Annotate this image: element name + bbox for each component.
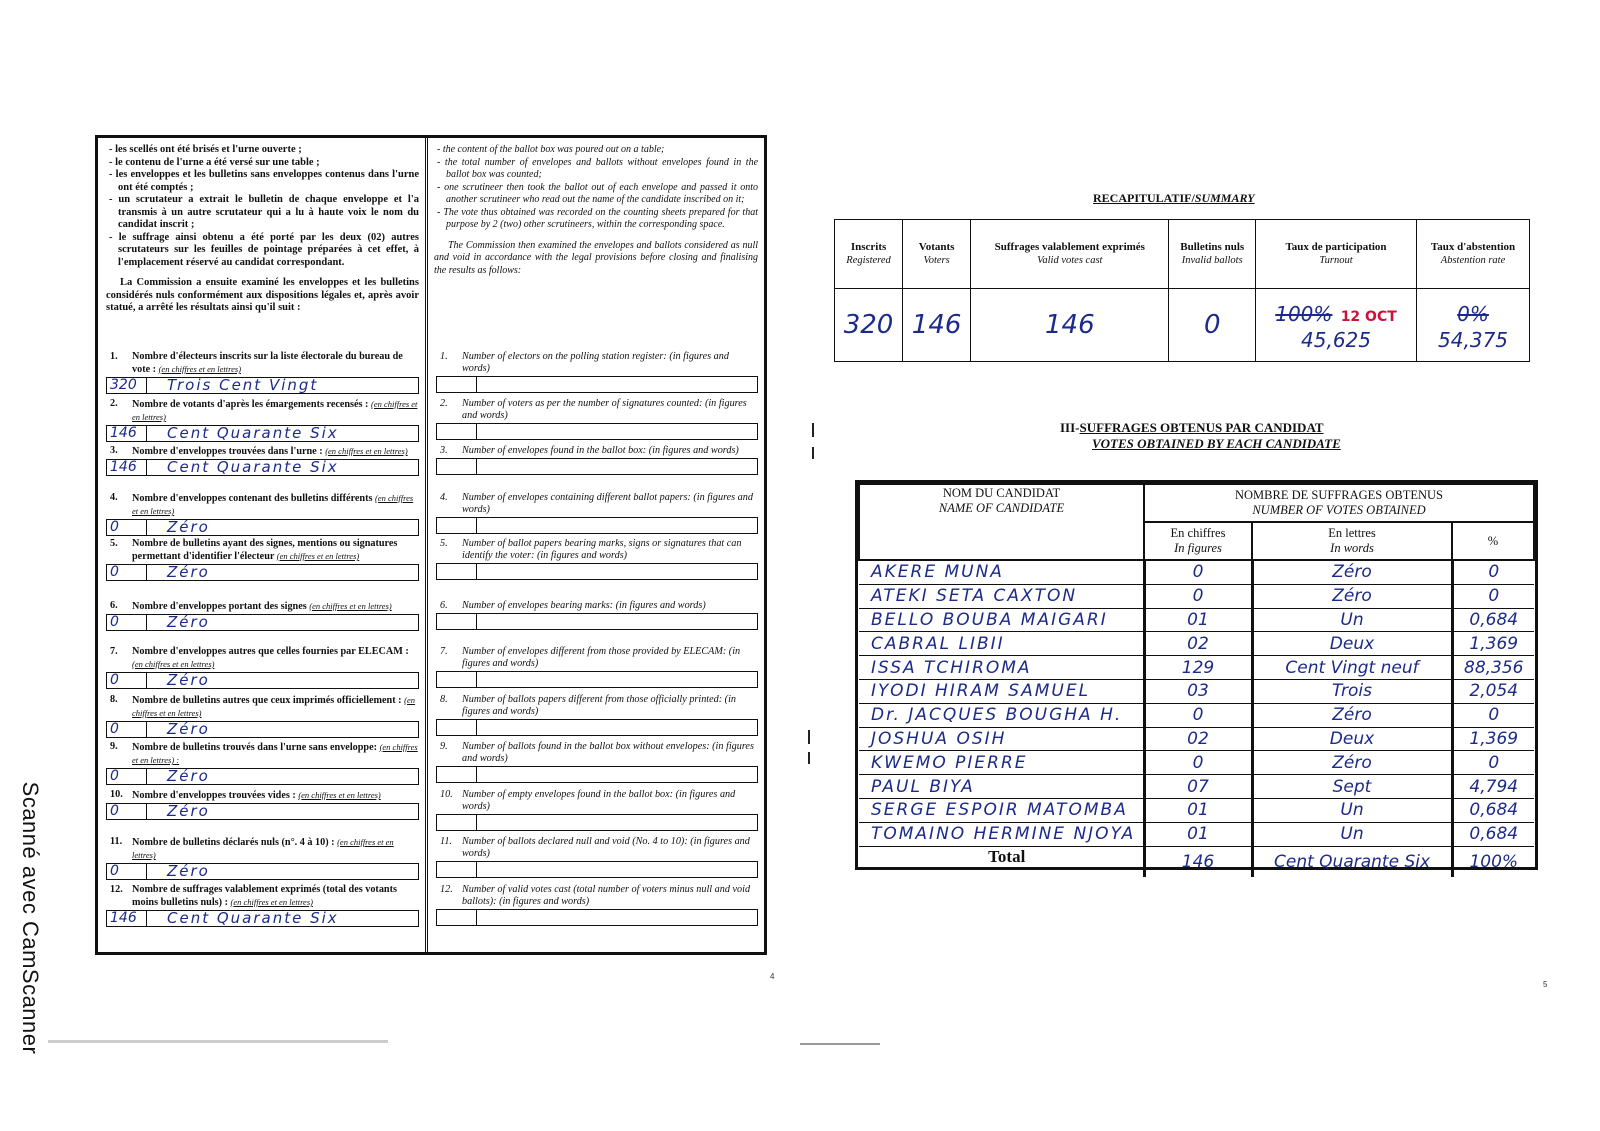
item-number: 3. bbox=[440, 445, 448, 457]
item-label: 9.Number of ballots found in the ballot … bbox=[436, 741, 758, 765]
item-label: 10.Nombre d'enveloppes trouvées vides : … bbox=[106, 789, 419, 802]
candidate-row: PAUL BIYA07Sept4,794 bbox=[859, 775, 1534, 799]
item-text: Number of ballots declared null and void… bbox=[462, 836, 750, 859]
answer-figures: 0 bbox=[107, 673, 147, 688]
scan-mark bbox=[812, 447, 814, 459]
answer-figures bbox=[437, 910, 477, 925]
candidate-name: ATEKI SETA CAXTON bbox=[859, 584, 1144, 608]
candidate-votes-percent: 0 bbox=[1452, 584, 1534, 608]
item-answer-field[interactable] bbox=[436, 423, 758, 440]
item-number: 1. bbox=[110, 351, 118, 363]
en-paragraph: The Commission then examined the envelop… bbox=[434, 240, 758, 278]
scan-mark bbox=[808, 752, 810, 764]
answer-figures: 0 bbox=[107, 804, 147, 819]
candidate-name: BELLO BOUBA MAIGARI bbox=[859, 608, 1144, 632]
candidate-votes-percent: 88,356 bbox=[1452, 656, 1534, 680]
fr-bullet: un scrutateur a extrait le bulletin de c… bbox=[106, 194, 419, 232]
camscanner-watermark: Scanné avec CamScanner bbox=[17, 748, 43, 1088]
item-answer-field[interactable] bbox=[436, 613, 758, 630]
total-figures: 146 bbox=[1144, 846, 1252, 877]
en-item-12: 12.Number of valid votes cast (total num… bbox=[436, 884, 758, 926]
item-answer-field[interactable]: 0Zéro bbox=[106, 672, 419, 689]
item-label: 12.Number of valid votes cast (total num… bbox=[436, 884, 758, 908]
item-label: 5.Nombre de bulletins ayant des signes, … bbox=[106, 538, 419, 563]
abstention-struck: 0% bbox=[1457, 302, 1489, 326]
candidate-votes-percent: 0 bbox=[1452, 703, 1534, 727]
candidate-votes-figures: 01 bbox=[1144, 608, 1252, 632]
en-item-2: 2.Number of voters as per the number of … bbox=[436, 398, 758, 440]
candidate-votes-words: Cent Vingt neuf bbox=[1252, 656, 1452, 680]
answer-words: Cent Quarante Six bbox=[147, 912, 339, 925]
candidate-votes-figures: 0 bbox=[1144, 560, 1252, 584]
item-label: 2.Nombre de votants d'après les émargeme… bbox=[106, 398, 419, 424]
candidate-row: SERGE ESPOIR MATOMBA01Un0,684 bbox=[859, 798, 1534, 822]
candidate-votes-figures: 07 bbox=[1144, 775, 1252, 799]
fr-item-9: 9.Nombre de bulletins trouvés dans l'urn… bbox=[106, 741, 419, 785]
item-answer-field[interactable]: 146Cent Quarante Six bbox=[106, 459, 419, 476]
candidates-body: AKERE MUNA0Zéro0ATEKI SETA CAXTON0Zéro0B… bbox=[859, 560, 1534, 877]
item-text: Nombre de votants d'après les émargement… bbox=[132, 399, 368, 410]
item-text: Number of envelopes found in the ballot … bbox=[462, 445, 739, 456]
answer-words: Zéro bbox=[147, 805, 210, 818]
total-label: Total bbox=[859, 846, 1144, 877]
turnout-corrected: 45,625 bbox=[1257, 328, 1415, 352]
item-label: 1.Number of electors on the polling stat… bbox=[436, 351, 758, 375]
fr-item-1: 1.Nombre d'électeurs inscrits sur la lis… bbox=[106, 351, 419, 394]
item-answer-field[interactable]: 0Zéro bbox=[106, 768, 419, 785]
header-turnout: Taux de participationTurnout bbox=[1255, 220, 1416, 289]
answer-figures: 0 bbox=[107, 769, 147, 784]
item-hint: (en chiffres et en lettres) bbox=[132, 659, 214, 669]
header-valid-votes: Suffrages valablement exprimésValid vote… bbox=[971, 220, 1169, 289]
answer-words: Zéro bbox=[147, 521, 210, 534]
scan-mark bbox=[808, 730, 810, 744]
candidate-votes-words: Deux bbox=[1252, 632, 1452, 656]
item-number: 9. bbox=[110, 741, 118, 753]
item-label: 4.Number of envelopes containing differe… bbox=[436, 492, 758, 516]
candidate-votes-words: Zéro bbox=[1252, 560, 1452, 584]
fr-item-4: 4.Nombre d'enveloppes contenant des bull… bbox=[106, 492, 419, 536]
item-hint: (en chiffres et en lettres) bbox=[277, 551, 359, 561]
item-label: 7.Nombre d'enveloppes autres que celles … bbox=[106, 646, 419, 671]
candidate-row: TOMAINO HERMINE NJOYA01Un0,684 bbox=[859, 822, 1534, 846]
en-item-4: 4.Number of envelopes containing differe… bbox=[436, 492, 758, 534]
item-label: 8.Number of ballots papers different fro… bbox=[436, 694, 758, 718]
candidate-name: SERGE ESPOIR MATOMBA bbox=[859, 798, 1144, 822]
item-text: Number of envelopes different from those… bbox=[462, 646, 740, 669]
answer-figures: 0 bbox=[107, 565, 147, 580]
answer-figures bbox=[437, 815, 477, 830]
item-label: 11.Number of ballots declared null and v… bbox=[436, 836, 758, 860]
scan-edge bbox=[48, 1040, 388, 1043]
item-number: 10. bbox=[440, 789, 453, 801]
item-text: Nombre d'enveloppes trouvées vides : bbox=[132, 790, 296, 801]
item-text: Number of empty envelopes found in the b… bbox=[462, 789, 735, 812]
item-number: 5. bbox=[110, 538, 118, 550]
answer-figures bbox=[437, 767, 477, 782]
summary-title: RECAPITULATIF/SUMMARY bbox=[1093, 191, 1255, 206]
summary-table: InscritsRegistered VotantsVoters Suffrag… bbox=[834, 219, 1530, 362]
value-registered: 320 bbox=[835, 289, 903, 362]
candidate-name: ISSA TCHIROMA bbox=[859, 656, 1144, 680]
candidate-row: BELLO BOUBA MAIGARI01Un0,684 bbox=[859, 608, 1534, 632]
value-invalid-ballots: 0 bbox=[1169, 289, 1256, 362]
item-answer-field[interactable] bbox=[436, 458, 758, 475]
fr-item-3: 3.Nombre d'enveloppes trouvées dans l'ur… bbox=[106, 445, 419, 476]
answer-figures bbox=[437, 564, 477, 579]
answer-words: Cent Quarante Six bbox=[147, 461, 339, 474]
value-valid-votes: 146 bbox=[971, 289, 1169, 362]
answer-words: Zéro bbox=[147, 566, 210, 579]
item-hint: (en chiffres et en lettres) bbox=[325, 446, 407, 456]
fr-procedure-list: les scellés ont été brisés et l'urne ouv… bbox=[106, 144, 419, 269]
item-text: Number of ballots papers different from … bbox=[462, 694, 736, 717]
scan-edge bbox=[800, 1043, 880, 1045]
candidate-votes-percent: 0,684 bbox=[1452, 608, 1534, 632]
fr-bullet: le suffrage ainsi obtenu a été porté par… bbox=[106, 232, 419, 270]
item-answer-field[interactable]: 146Cent Quarante Six bbox=[106, 425, 419, 442]
item-number: 4. bbox=[110, 492, 118, 504]
item-answer-field[interactable] bbox=[436, 671, 758, 688]
header-words: En lettresIn words bbox=[1252, 522, 1452, 560]
candidate-votes-words: Trois bbox=[1252, 679, 1452, 703]
candidate-votes-percent: 1,369 bbox=[1452, 727, 1534, 751]
item-number: 4. bbox=[440, 492, 448, 504]
item-number: 7. bbox=[110, 646, 118, 658]
candidate-name: IYODI HIRAM SAMUEL bbox=[859, 679, 1144, 703]
item-text: Number of ballot papers bearing marks, s… bbox=[462, 538, 742, 561]
item-text: Nombre de bulletins trouvés dans l'urne … bbox=[132, 742, 377, 753]
en-bullet: one scrutineer then took the ballot out … bbox=[434, 182, 758, 207]
item-answer-field[interactable]: 320Trois Cent Vingt bbox=[106, 377, 419, 394]
fr-item-6: 6.Nombre d'enveloppes portant des signes… bbox=[106, 600, 419, 631]
candidate-votes-percent: 0,684 bbox=[1452, 822, 1534, 846]
item-number: 11. bbox=[440, 836, 452, 848]
item-text: Number of valid votes cast (total number… bbox=[462, 884, 750, 907]
item-number: 2. bbox=[440, 398, 448, 410]
en-bullet: The vote thus obtained was recorded on t… bbox=[434, 207, 758, 232]
item-number: 8. bbox=[110, 694, 118, 706]
fr-item-2: 2.Nombre de votants d'après les émargeme… bbox=[106, 398, 419, 442]
item-answer-field[interactable] bbox=[436, 909, 758, 926]
item-label: 9.Nombre de bulletins trouvés dans l'urn… bbox=[106, 741, 419, 767]
en-item-3: 3.Number of envelopes found in the ballo… bbox=[436, 445, 758, 475]
answer-words: Zéro bbox=[147, 723, 210, 736]
item-number: 2. bbox=[110, 398, 118, 410]
item-text: Number of envelopes containing different… bbox=[462, 492, 753, 515]
fr-paragraph: La Commission a ensuite examiné les enve… bbox=[106, 277, 419, 315]
candidates-title: III-SUFFRAGES OBTENUS PAR CANDIDAT VOTES… bbox=[1060, 420, 1341, 452]
header-percent: % bbox=[1452, 522, 1534, 560]
fr-item-12: 12.Nombre de suffrages valablement expri… bbox=[106, 884, 419, 927]
item-number: 8. bbox=[440, 694, 448, 706]
item-number: 11. bbox=[110, 836, 122, 848]
candidate-votes-percent: 1,369 bbox=[1452, 632, 1534, 656]
item-label: 6.Number of envelopes bearing marks: (in… bbox=[436, 600, 758, 612]
fr-item-5: 5.Nombre de bulletins ayant des signes, … bbox=[106, 538, 419, 581]
header-votes-obtained: NOMBRE DE SUFFRAGES OBTENUSNUMBER OF VOT… bbox=[1144, 484, 1534, 522]
candidate-row: AKERE MUNA0Zéro0 bbox=[859, 560, 1534, 584]
item-label: 10.Number of empty envelopes found in th… bbox=[436, 789, 758, 813]
candidate-votes-words: Un bbox=[1252, 822, 1452, 846]
en-item-6: 6.Number of envelopes bearing marks: (in… bbox=[436, 600, 758, 630]
candidate-row: CABRAL LIBII02Deux1,369 bbox=[859, 632, 1534, 656]
en-item-11: 11.Number of ballots declared null and v… bbox=[436, 836, 758, 878]
candidate-votes-figures: 129 bbox=[1144, 656, 1252, 680]
item-number: 9. bbox=[440, 741, 448, 753]
candidate-row: Dr. JACQUES BOUGHA H.0Zéro0 bbox=[859, 703, 1534, 727]
candidate-row: IYODI HIRAM SAMUEL03Trois2,054 bbox=[859, 679, 1534, 703]
answer-figures: 320 bbox=[107, 378, 147, 393]
item-number: 1. bbox=[440, 351, 448, 363]
fr-item-10: 10.Nombre d'enveloppes trouvées vides : … bbox=[106, 789, 419, 820]
answer-figures: 0 bbox=[107, 615, 147, 630]
en-item-7: 7.Number of envelopes different from tho… bbox=[436, 646, 758, 688]
item-hint: (en chiffres et en lettres) bbox=[298, 790, 380, 800]
candidate-votes-figures: 01 bbox=[1144, 822, 1252, 846]
candidate-name: Dr. JACQUES BOUGHA H. bbox=[859, 703, 1144, 727]
item-number: 10. bbox=[110, 789, 123, 801]
en-item-10: 10.Number of empty envelopes found in th… bbox=[436, 789, 758, 831]
candidate-votes-percent: 0 bbox=[1452, 560, 1534, 584]
candidate-votes-figures: 0 bbox=[1144, 751, 1252, 775]
candidate-row: JOSHUA OSIH02Deux1,369 bbox=[859, 727, 1534, 751]
item-answer-field[interactable]: 0Zéro bbox=[106, 863, 419, 880]
count-procedure-form: les scellés ont été brisés et l'urne ouv… bbox=[95, 135, 767, 955]
header-figures: En chiffresIn figures bbox=[1144, 522, 1252, 560]
item-number: 5. bbox=[440, 538, 448, 550]
item-text: Nombre d'enveloppes trouvées dans l'urne… bbox=[132, 446, 323, 457]
item-answer-field[interactable]: 0Zéro bbox=[106, 519, 419, 536]
en-item-5: 5.Number of ballot papers bearing marks,… bbox=[436, 538, 758, 580]
value-turnout: 100% 12 OCT 45,625 bbox=[1255, 289, 1416, 362]
answer-figures bbox=[437, 720, 477, 735]
item-label: 5.Number of ballot papers bearing marks,… bbox=[436, 538, 758, 562]
item-answer-field[interactable]: 0Zéro bbox=[106, 803, 419, 820]
candidates-table: NOM DU CANDIDATNAME OF CANDIDATE NOMBRE … bbox=[858, 483, 1535, 877]
candidate-name: PAUL BIYA bbox=[859, 775, 1144, 799]
item-label: 4.Nombre d'enveloppes contenant des bull… bbox=[106, 492, 419, 518]
item-text: Nombre d'enveloppes autres que celles fo… bbox=[132, 646, 409, 657]
candidate-votes-words: Zéro bbox=[1252, 703, 1452, 727]
candidate-votes-percent: 2,054 bbox=[1452, 679, 1534, 703]
answer-figures: 146 bbox=[107, 911, 147, 926]
item-answer-field[interactable]: 0Zéro bbox=[106, 564, 419, 581]
item-label: 11.Nombre de bulletins déclarés nuls (n°… bbox=[106, 836, 419, 862]
en-bullet: the content of the ballot box was poured… bbox=[434, 144, 758, 157]
page-number-left: 4 bbox=[770, 972, 774, 981]
item-answer-field[interactable] bbox=[436, 861, 758, 878]
turnout-struck: 100% bbox=[1275, 302, 1332, 326]
header-voters: VotantsVoters bbox=[903, 220, 971, 289]
item-label: 1.Nombre d'électeurs inscrits sur la lis… bbox=[106, 351, 419, 376]
answer-figures bbox=[437, 862, 477, 877]
answer-figures: 0 bbox=[107, 864, 147, 879]
item-text: Number of envelopes bearing marks: (in f… bbox=[462, 600, 706, 611]
answer-figures: 0 bbox=[107, 520, 147, 535]
answer-figures: 0 bbox=[107, 722, 147, 737]
answer-words: Cent Quarante Six bbox=[147, 427, 339, 440]
item-label: 3.Number of envelopes found in the ballo… bbox=[436, 445, 758, 457]
header-abstention: Taux d'abstentionAbstention rate bbox=[1417, 220, 1530, 289]
candidate-name: KWEMO PIERRE bbox=[859, 751, 1144, 775]
candidate-votes-figures: 02 bbox=[1144, 632, 1252, 656]
french-column: les scellés ont été brisés et l'urne ouv… bbox=[98, 138, 428, 952]
item-number: 3. bbox=[110, 445, 118, 457]
answer-figures: 146 bbox=[107, 426, 147, 441]
candidate-votes-figures: 03 bbox=[1144, 679, 1252, 703]
item-text: Number of ballots found in the ballot bo… bbox=[462, 741, 754, 764]
candidate-row: ATEKI SETA CAXTON0Zéro0 bbox=[859, 584, 1534, 608]
header-registered: InscritsRegistered bbox=[835, 220, 903, 289]
candidate-name: CABRAL LIBII bbox=[859, 632, 1144, 656]
fr-item-11: 11.Nombre de bulletins déclarés nuls (n°… bbox=[106, 836, 419, 880]
value-abstention: 0% 54,375 bbox=[1417, 289, 1530, 362]
item-hint: (en chiffres et en lettres) bbox=[231, 897, 313, 907]
total-row: Total146Cent Quarante Six100% bbox=[859, 846, 1534, 877]
item-label: 8.Nombre de bulletins autres que ceux im… bbox=[106, 694, 419, 720]
answer-figures bbox=[437, 614, 477, 629]
item-text: Nombre de bulletins autres que ceux impr… bbox=[132, 695, 402, 706]
candidate-name: JOSHUA OSIH bbox=[859, 727, 1144, 751]
item-text: Number of electors on the polling statio… bbox=[462, 351, 729, 374]
item-number: 12. bbox=[440, 884, 453, 896]
answer-figures bbox=[437, 424, 477, 439]
answer-words: Zéro bbox=[147, 865, 210, 878]
date-stamp: 12 OCT bbox=[1341, 309, 1397, 325]
answer-figures: 146 bbox=[107, 460, 147, 475]
en-procedure-list: the content of the ballot box was poured… bbox=[434, 144, 758, 232]
candidate-row: KWEMO PIERRE0Zéro0 bbox=[859, 751, 1534, 775]
fr-bullet: les enveloppes et les bulletins sans env… bbox=[106, 169, 419, 194]
item-text: Number of voters as per the number of si… bbox=[462, 398, 747, 421]
item-answer-field[interactable] bbox=[436, 517, 758, 534]
candidate-name: TOMAINO HERMINE NJOYA bbox=[859, 822, 1144, 846]
total-percent: 100% bbox=[1452, 846, 1534, 877]
fr-bullet: le contenu de l'urne a été versé sur une… bbox=[106, 157, 419, 170]
answer-figures bbox=[437, 672, 477, 687]
en-item-9: 9.Number of ballots found in the ballot … bbox=[436, 741, 758, 783]
item-answer-field[interactable] bbox=[436, 376, 758, 393]
answer-figures bbox=[437, 518, 477, 533]
candidate-votes-figures: 0 bbox=[1144, 703, 1252, 727]
candidate-votes-figures: 0 bbox=[1144, 584, 1252, 608]
item-answer-field[interactable] bbox=[436, 563, 758, 580]
item-number: 7. bbox=[440, 646, 448, 658]
candidate-row: ISSA TCHIROMA129Cent Vingt neuf88,356 bbox=[859, 656, 1534, 680]
en-item-1: 1.Number of electors on the polling stat… bbox=[436, 351, 758, 393]
scan-mark bbox=[812, 423, 814, 437]
value-voters: 146 bbox=[903, 289, 971, 362]
item-answer-field[interactable] bbox=[436, 814, 758, 831]
candidate-votes-figures: 02 bbox=[1144, 727, 1252, 751]
item-label: 2.Number of voters as per the number of … bbox=[436, 398, 758, 422]
page-number-right: 5 bbox=[1543, 980, 1547, 989]
item-answer-field[interactable]: 0Zéro bbox=[106, 721, 419, 738]
en-item-8: 8.Number of ballots papers different fro… bbox=[436, 694, 758, 736]
answer-words: Zéro bbox=[147, 616, 210, 629]
english-column: the content of the ballot box was poured… bbox=[428, 138, 764, 952]
candidate-votes-percent: 4,794 bbox=[1452, 775, 1534, 799]
candidate-votes-percent: 0,684 bbox=[1452, 798, 1534, 822]
item-answer-field[interactable] bbox=[436, 719, 758, 736]
header-candidate-name: NOM DU CANDIDATNAME OF CANDIDATE bbox=[859, 484, 1144, 560]
candidates-table-frame: NOM DU CANDIDATNAME OF CANDIDATE NOMBRE … bbox=[855, 480, 1538, 870]
answer-figures bbox=[437, 377, 477, 392]
item-text: Nombre d'enveloppes contenant des bullet… bbox=[132, 493, 372, 504]
item-number: 6. bbox=[440, 600, 448, 612]
en-bullet: the total number of envelopes and ballot… bbox=[434, 157, 758, 182]
item-hint: (en chiffres et en lettres) bbox=[309, 601, 391, 611]
fr-bullet: les scellés ont été brisés et l'urne ouv… bbox=[106, 144, 419, 157]
candidate-votes-percent: 0 bbox=[1452, 751, 1534, 775]
item-hint: (en chiffres et en lettres) bbox=[159, 364, 241, 374]
abstention-corrected: 54,375 bbox=[1418, 328, 1528, 352]
candidate-name: AKERE MUNA bbox=[859, 560, 1144, 584]
item-text: Nombre de bulletins déclarés nuls (n°. 4… bbox=[132, 837, 335, 848]
candidate-votes-words: Zéro bbox=[1252, 751, 1452, 775]
item-number: 12. bbox=[110, 884, 123, 896]
item-answer-field[interactable]: 0Zéro bbox=[106, 614, 419, 631]
item-answer-field[interactable]: 146Cent Quarante Six bbox=[106, 910, 419, 927]
answer-words: Zéro bbox=[147, 674, 210, 687]
item-label: 6.Nombre d'enveloppes portant des signes… bbox=[106, 600, 419, 613]
candidate-votes-words: Deux bbox=[1252, 727, 1452, 751]
total-words: Cent Quarante Six bbox=[1252, 846, 1452, 877]
candidate-votes-words: Sept bbox=[1252, 775, 1452, 799]
answer-figures bbox=[437, 459, 477, 474]
item-number: 6. bbox=[110, 600, 118, 612]
candidate-votes-words: Zéro bbox=[1252, 584, 1452, 608]
answer-words: Trois Cent Vingt bbox=[147, 379, 318, 392]
candidate-votes-figures: 01 bbox=[1144, 798, 1252, 822]
item-label: 3.Nombre d'enveloppes trouvées dans l'ur… bbox=[106, 445, 419, 458]
candidate-votes-words: Un bbox=[1252, 608, 1452, 632]
item-text: Nombre d'enveloppes portant des signes bbox=[132, 601, 307, 612]
item-answer-field[interactable] bbox=[436, 766, 758, 783]
fr-item-8: 8.Nombre de bulletins autres que ceux im… bbox=[106, 694, 419, 738]
header-invalid-ballots: Bulletins nulsInvalid ballots bbox=[1169, 220, 1256, 289]
item-label: 7.Number of envelopes different from tho… bbox=[436, 646, 758, 670]
candidate-votes-words: Un bbox=[1252, 798, 1452, 822]
item-label: 12.Nombre de suffrages valablement expri… bbox=[106, 884, 419, 909]
fr-item-7: 7.Nombre d'enveloppes autres que celles … bbox=[106, 646, 419, 689]
answer-words: Zéro bbox=[147, 770, 210, 783]
